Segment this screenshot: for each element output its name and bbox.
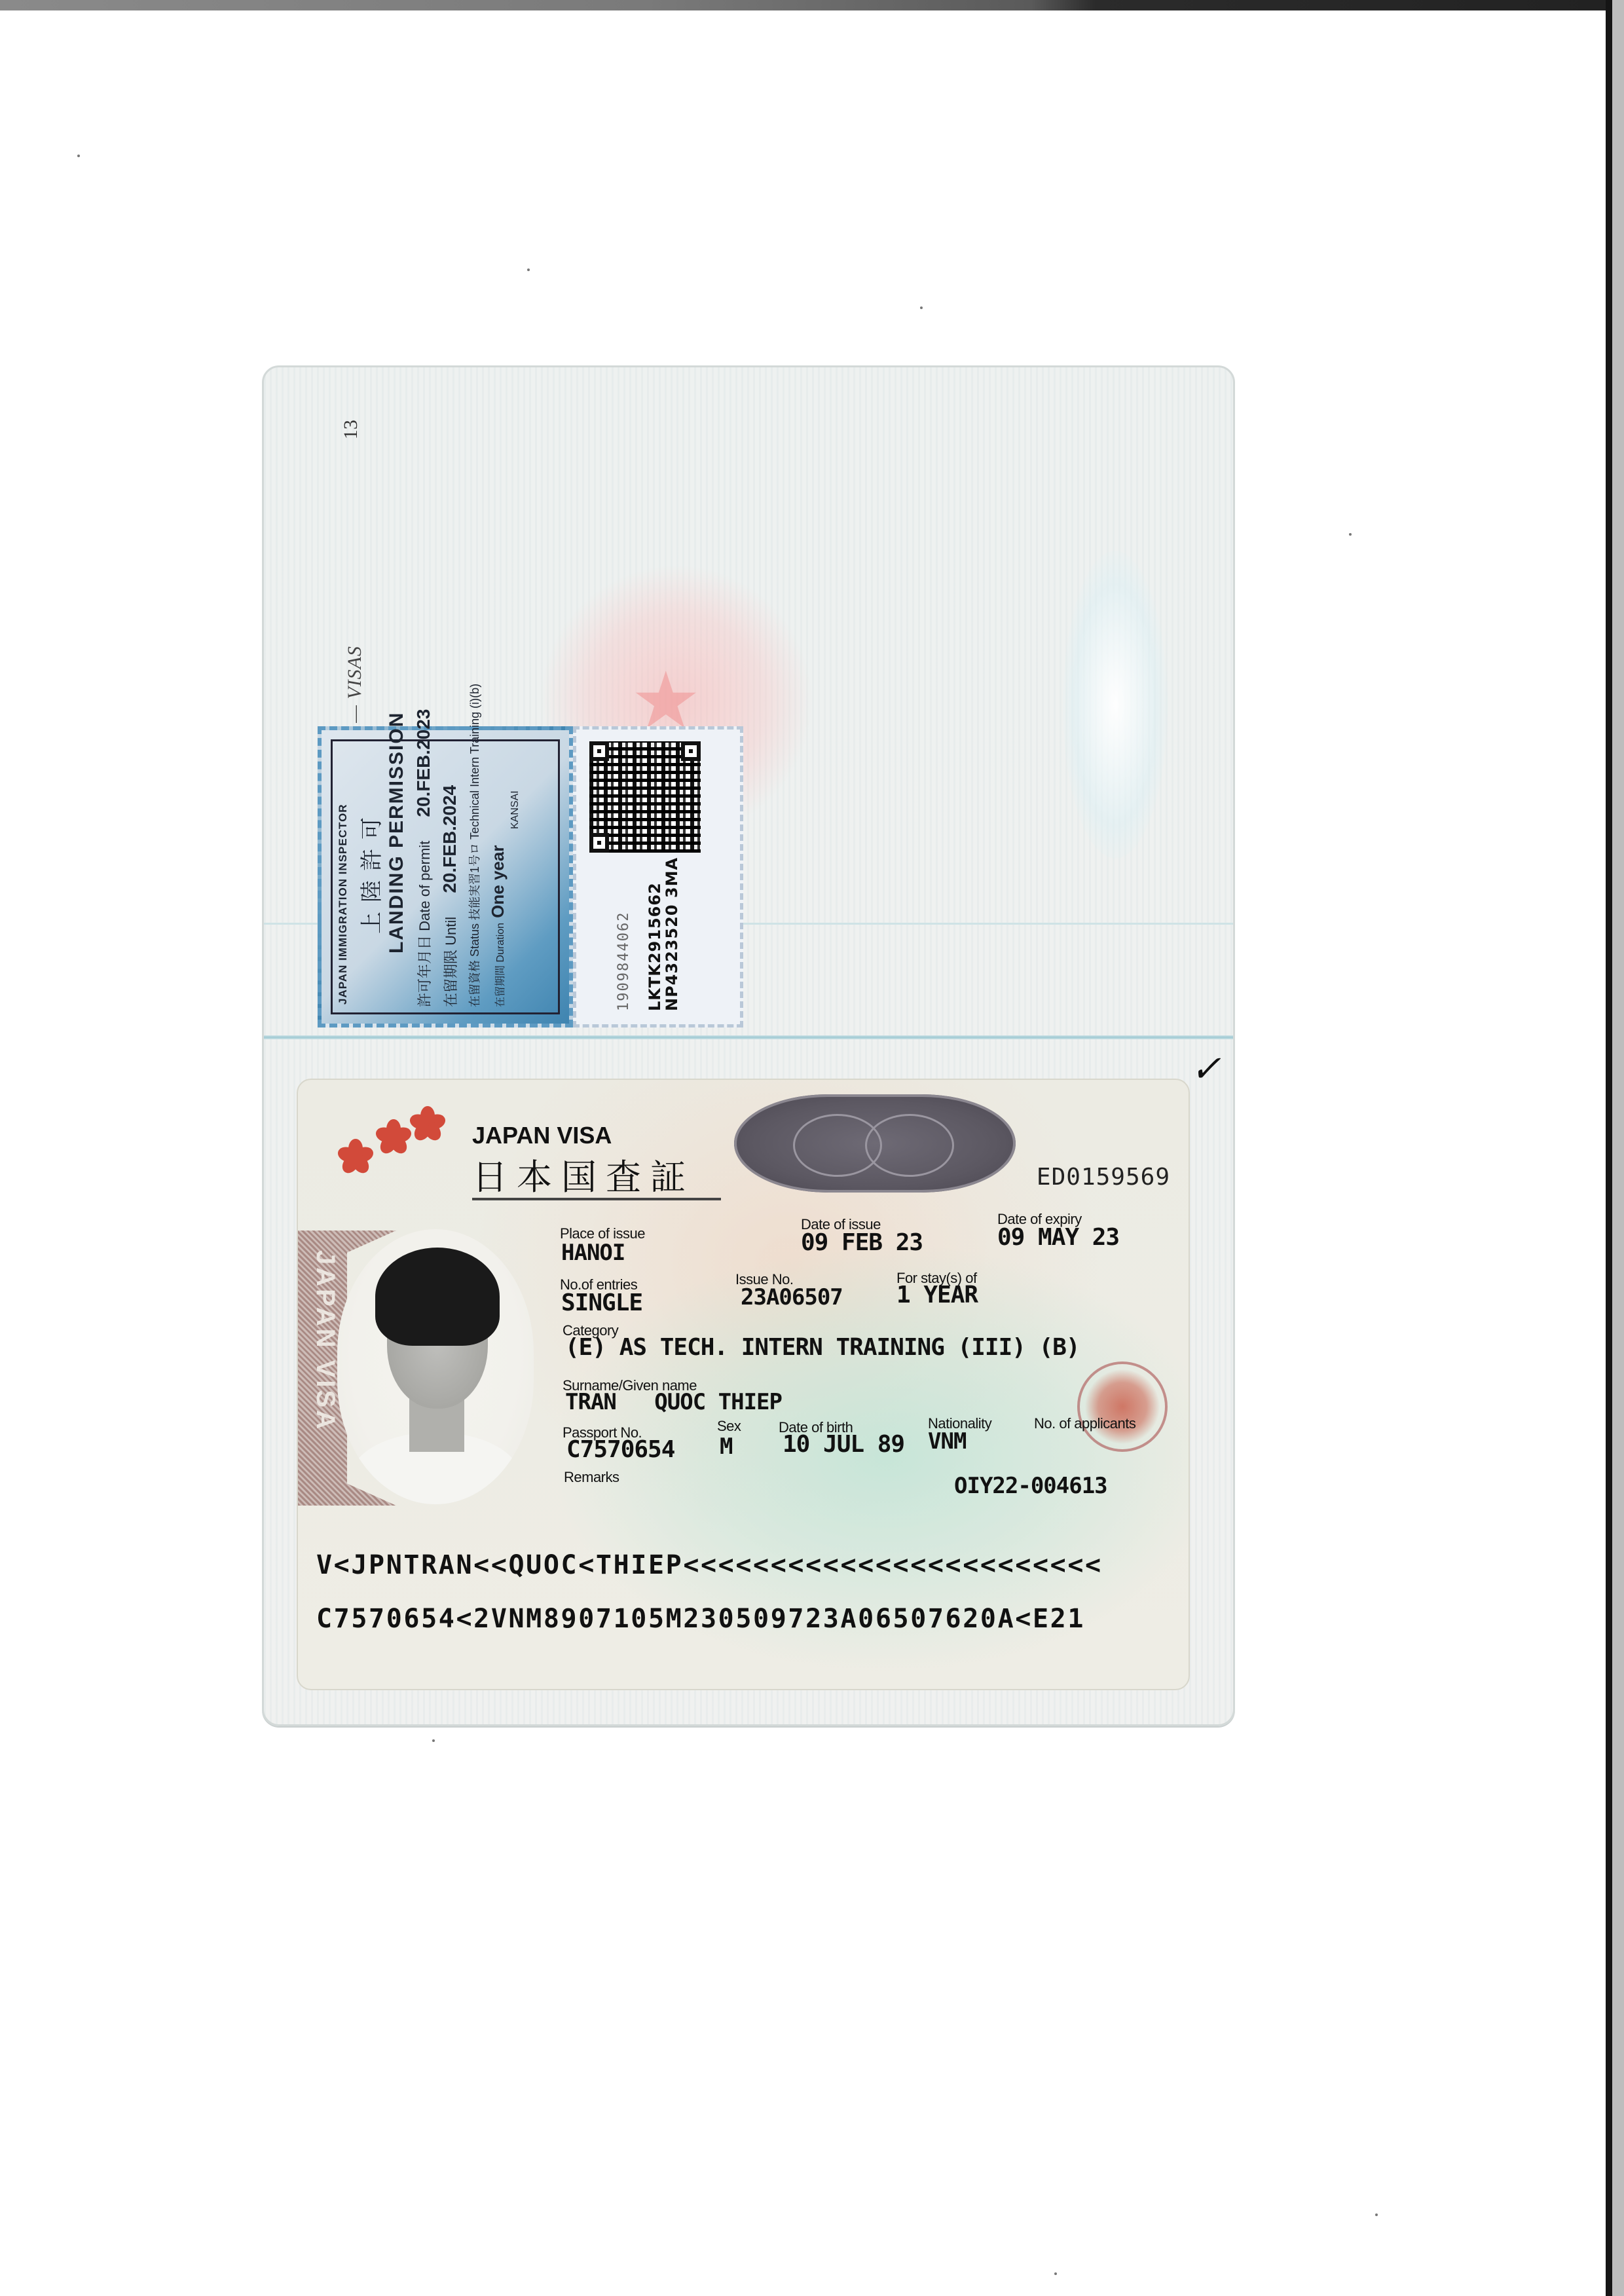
remarks-label: Remarks	[564, 1469, 619, 1486]
landing-title: LANDING PERMISSION	[386, 724, 408, 954]
status-label: 在留資格 Status	[468, 923, 481, 1007]
issue-no: 23A06507	[741, 1284, 843, 1310]
dust-speck	[1349, 533, 1352, 536]
date-of-expiry: 09 MAY 23	[997, 1224, 1119, 1251]
security-hologram	[734, 1094, 1016, 1193]
dust-speck	[1054, 2272, 1057, 2275]
until-date: 20.FEB.2024	[439, 785, 460, 893]
dust-speck	[920, 306, 923, 309]
holder-name: TRAN QUOC THIEP	[565, 1389, 782, 1415]
nationality: VNM	[928, 1428, 966, 1454]
holder-photo	[337, 1229, 534, 1504]
date-of-birth: 10 JUL 89	[783, 1431, 904, 1458]
sticker-code-1: LKTK2915662	[646, 736, 663, 1011]
cloud-pattern-watermark	[1063, 551, 1168, 859]
sex-label: Sex	[717, 1418, 741, 1435]
mrz-line-1: V<JPNTRAN<<QUOC<THIEP<<<<<<<<<<<<<<<<<<<…	[316, 1550, 1103, 1580]
sex: M	[720, 1434, 732, 1460]
photo-hair	[375, 1248, 500, 1346]
cherry-blossom-icon	[409, 1106, 446, 1143]
visa-title: JAPAN VISA	[472, 1122, 612, 1149]
page-number: 13	[340, 420, 362, 439]
date-of-issue: 09 FEB 23	[801, 1229, 923, 1256]
duration-row: 在留期間 Duration One year	[488, 724, 508, 1007]
port-of-entry: KANSAI	[509, 724, 521, 829]
scanner-edge-strip	[1612, 0, 1624, 2296]
permit-date: 20.FEB.2023	[413, 709, 434, 817]
category: (E) AS TECH. INTERN TRAINING (III) (B)	[565, 1334, 1080, 1361]
sticker-serial: 1909844062	[616, 736, 632, 1011]
side-strip-text: JAPAN VISA	[310, 1250, 340, 1432]
permit-date-row: 許可年月日 Date of permit 20.FEB.2023	[413, 724, 434, 1007]
qr-text: 1909844062 LKTK2915662 NP4323520 3MA	[576, 736, 680, 1024]
sticker-code-2: NP4323520 3MA	[663, 736, 680, 1011]
scanner-edge-right	[1606, 0, 1612, 2296]
until-label: 在留期限 Until	[443, 917, 459, 1007]
page-fold	[264, 1035, 1233, 1039]
ministry-seal	[1077, 1361, 1168, 1452]
dust-speck	[1375, 2213, 1378, 2216]
title-underline	[472, 1198, 721, 1200]
landing-permission-stamp: JAPAN IMMIGRATION INSPECTOR 上陸許可 LANDING…	[318, 726, 573, 1028]
stamp-frame: JAPAN IMMIGRATION INSPECTOR 上陸許可 LANDING…	[331, 739, 560, 1014]
qr-sticker: 1909844062 LKTK2915662 NP4323520 3MA	[573, 726, 743, 1028]
dust-speck	[527, 268, 530, 271]
passport-no: C7570654	[566, 1436, 674, 1463]
dust-speck	[432, 1739, 435, 1742]
check-mark-annotation: ✓	[1190, 1048, 1221, 1090]
scanner-edge-top	[0, 0, 1611, 10]
status-value: 技能実習1号ロ Technical Intern Training (i)(b)	[468, 684, 481, 920]
place-of-issue: HANOI	[561, 1240, 625, 1266]
visa-sticker: JAPAN VISA 日本国査証 ED0159569 JAPAN VISA Pl…	[297, 1079, 1190, 1690]
mrz-line-2: C7570654<2VNM8907105M230509723A06507620A…	[316, 1604, 1085, 1634]
duration-value: One year	[488, 845, 507, 918]
passport-page: 13 TC — VISAS ★ JAPAN IMMIGRATION INSPEC…	[262, 365, 1235, 1726]
status-row: 在留資格 Status 技能実習1号ロ Technical Intern Tra…	[466, 724, 483, 1007]
permit-date-label: 許可年月日 Date of permit	[416, 841, 433, 1007]
stay: 1 YEAR	[896, 1282, 978, 1308]
visa-title-kanji: 日本国査証	[472, 1149, 695, 1200]
cherry-blossom-icon	[337, 1139, 374, 1176]
dust-speck	[77, 155, 80, 157]
qr-finder-pattern	[681, 741, 701, 761]
duration-label: 在留期間 Duration	[495, 923, 506, 1007]
cherry-blossom-icon	[375, 1119, 412, 1156]
entries: SINGLE	[561, 1289, 642, 1316]
until-row: 在留期限 Until 20.FEB.2024	[439, 724, 460, 1007]
inspector-label: JAPAN IMMIGRATION INSPECTOR	[337, 724, 350, 1005]
visa-number: ED0159569	[1037, 1164, 1170, 1191]
landing-kanji: 上陸許可	[354, 724, 386, 934]
reference-number: OIY22-004613	[954, 1473, 1107, 1499]
stamp-text: JAPAN IMMIGRATION INSPECTOR 上陸許可 LANDING…	[333, 724, 521, 1012]
applicants-label: No. of applicants	[1034, 1415, 1135, 1432]
